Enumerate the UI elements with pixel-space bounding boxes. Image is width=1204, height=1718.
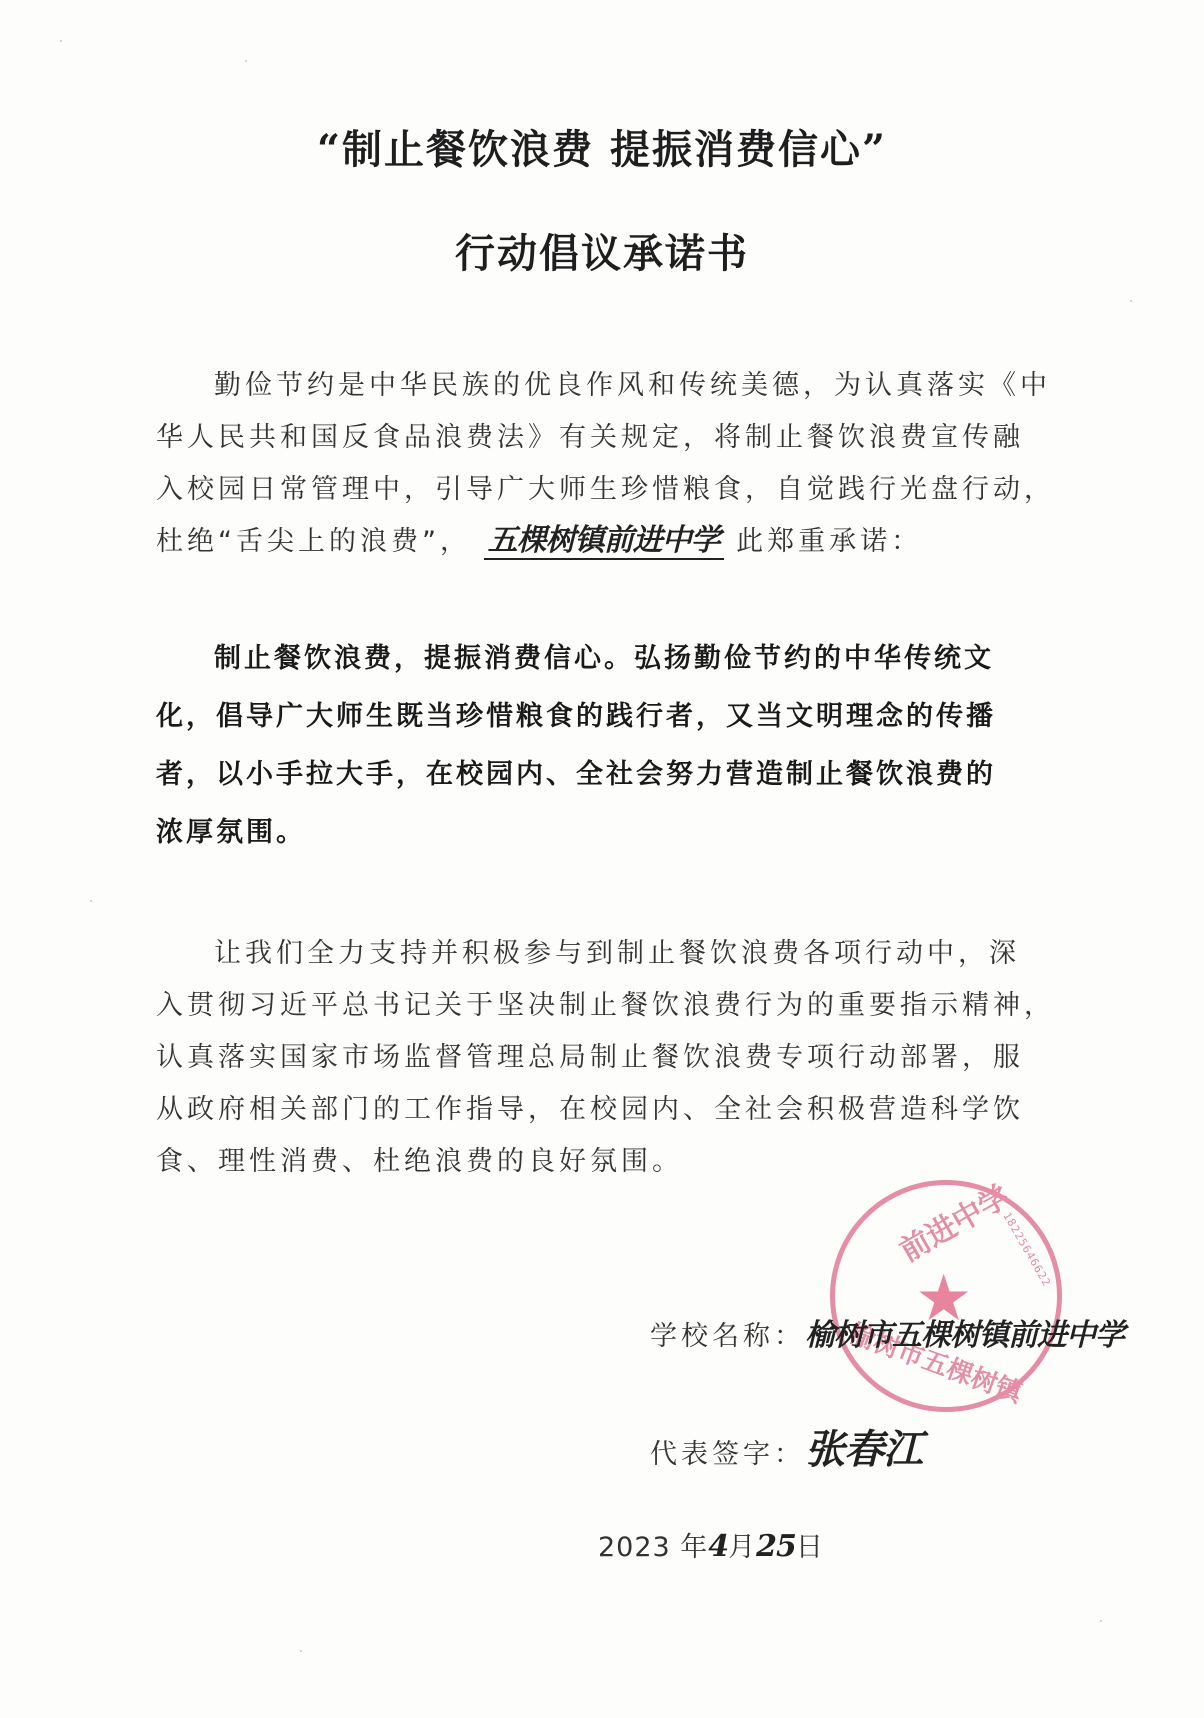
date-day-label: 日 [796, 1532, 824, 1563]
paragraph-line: 让我们全力支持并积极参与到制止餐饮浪费各项行动中，深 [156, 928, 1044, 980]
paragraph-intro: 勤俭节约是中华民族的优良作风和传统美德，为认真落实《中 华人民共和国反食品浪费法… [156, 360, 1044, 568]
official-seal: 前进中学 18225646622 ★ 榆树市五棵树镇 [830, 1180, 1062, 1412]
paragraph-line: 华人民共和国反食品浪费法》有关规定，将制止餐饮浪费宣传融 [156, 412, 1044, 464]
school-name-label: 学校名称： [650, 1321, 805, 1352]
paragraph-line-last: 杜绝“舌尖上的浪费”， 五棵树镇前进中学 此郑重承诺： [156, 516, 1044, 568]
date-month-label: 月 [728, 1532, 756, 1563]
representative-signature-row: 代表签字：张春江 [650, 1418, 922, 1475]
paragraph-pledge: 制止餐饮浪费，提振消费信心。弘扬勤俭节约的中华传统文 化，倡导广大师生既当珍惜粮… [156, 630, 1044, 862]
line-suffix: 此郑重承诺： [736, 526, 922, 557]
handwritten-month: 4 [708, 1529, 728, 1564]
paragraph-line: 入贯彻习近平总书记关于坚决制止餐饮浪费行为的重要指示精神， [156, 980, 1044, 1032]
scan-speck [90, 900, 92, 902]
line-prefix: 杜绝“舌尖上的浪费”， [156, 526, 471, 557]
seal-text-top: 前进中学 [890, 1172, 1016, 1270]
scan-speck [245, 60, 247, 62]
seal-number: 18225646622 [1000, 1210, 1053, 1289]
date-row: 2023 年4月25日 [598, 1525, 824, 1564]
representative-label: 代表签字： [650, 1439, 805, 1470]
paragraph-line: 化，倡导广大师生既当珍惜粮食的践行者，又当文明理念的传播 [156, 688, 1044, 746]
paragraph-line: 制止餐饮浪费，提振消费信心。弘扬勤俭节约的中华传统文 [156, 630, 1044, 688]
paragraph-line: 勤俭节约是中华民族的优良作风和传统美德，为认真落实《中 [156, 360, 1044, 412]
paragraph-call-to-action: 让我们全力支持并积极参与到制止餐饮浪费各项行动中，深 入贯彻习近平总书记关于坚决… [156, 928, 1044, 1188]
school-name-row: 学校名称：榆树市五棵树镇前进中学 [650, 1310, 1124, 1354]
paragraph-line: 认真落实国家市场监督管理总局制止餐饮浪费专项行动部署，服 [156, 1032, 1044, 1084]
scan-speck [60, 40, 62, 42]
scan-speck [1130, 300, 1132, 302]
paragraph-line: 入校园日常管理中，引导广大师生珍惜粮食，自觉践行光盘行动， [156, 464, 1044, 516]
paragraph-line: 浓厚氛围。 [156, 804, 1044, 862]
paragraph-line: 者，以小手拉大手，在校园内、全社会努力营造制止餐饮浪费的 [156, 746, 1044, 804]
scan-speck [1100, 1620, 1102, 1622]
handwritten-day: 25 [756, 1529, 796, 1564]
scan-speck [300, 1650, 302, 1652]
handwritten-representative-signature: 张春江 [805, 1426, 922, 1473]
handwritten-school-name: 五棵树镇前进中学 [484, 524, 724, 560]
paragraph-line: 食、理性消费、杜绝浪费的良好氛围。 [156, 1136, 1044, 1188]
handwritten-school-signature: 榆树市五棵树镇前进中学 [805, 1318, 1124, 1353]
document-title-line2: 行动倡议承诺书 [0, 222, 1204, 279]
document-title-line1: “制止餐饮浪费 提振消费信心” [0, 118, 1204, 175]
paragraph-line: 从政府相关部门的工作指导，在校园内、全社会积极营造科学饮 [156, 1084, 1044, 1136]
date-year: 2023 年 [598, 1532, 708, 1563]
document-page: “制止餐饮浪费 提振消费信心” 行动倡议承诺书 勤俭节约是中华民族的优良作风和传… [0, 0, 1204, 1718]
